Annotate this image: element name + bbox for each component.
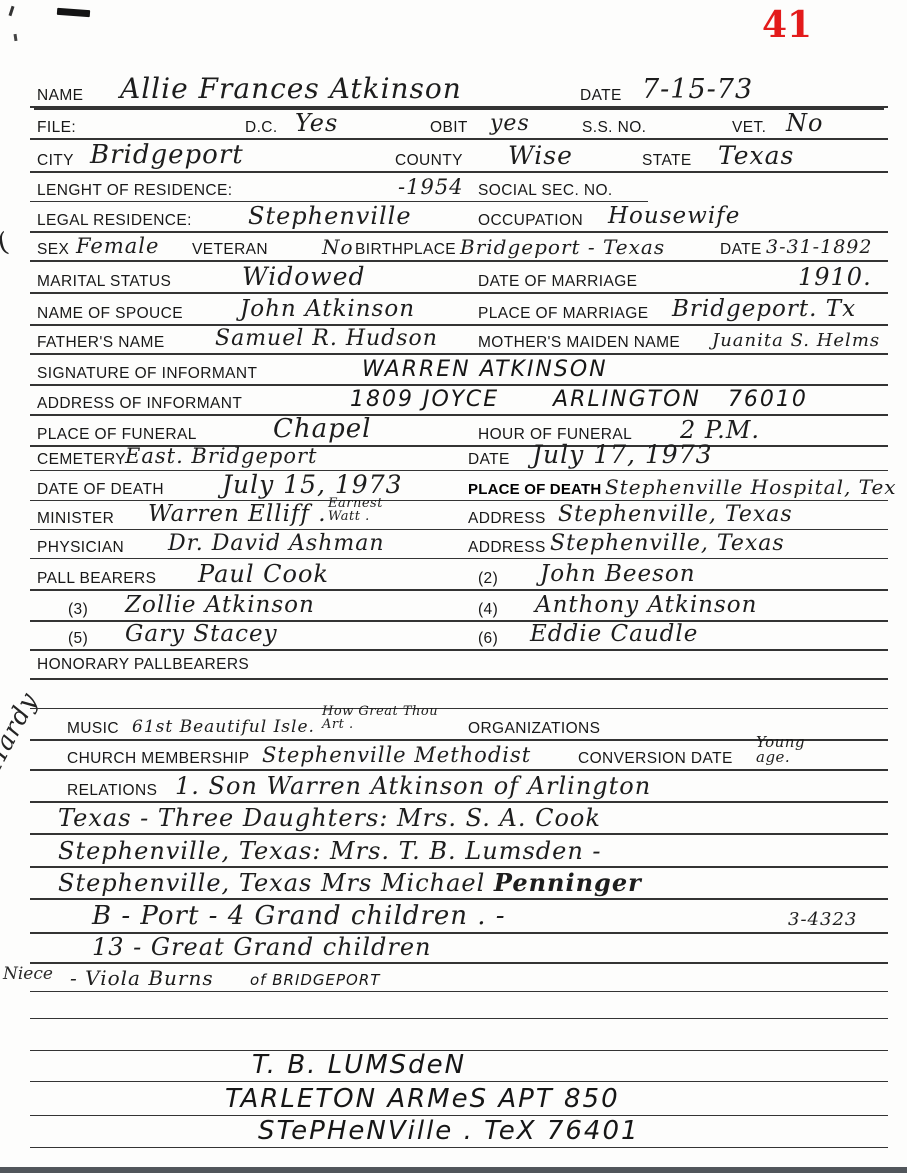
city-label: CITY [37,153,74,169]
date-of-death-value: July 15, 1973 [222,472,403,497]
minister-address-value: Stephenville, Texas [558,504,793,526]
form-row-blank-3 [30,1018,888,1051]
funeral-date-value: July 17, 1973 [532,442,713,467]
form-row-spouse: NAME OF SPOUCE John Atkinson PLACE OF MA… [30,292,888,326]
form-row-relations-5: B - Port - 4 Grand children . - 3-4323 [30,898,888,934]
form-row-church: CHURCH MEMBERSHIP Stephenville Methodist… [30,739,888,771]
form-row-honorary: HONORARY PALLBEARERS [30,649,888,680]
birthplace-value: Bridgeport - Texas [460,237,665,257]
conversion-date-label: CONVERSION DATE [578,751,733,767]
scan-mark-tick [9,6,15,16]
physician-label: PHYSICIAN [37,540,124,556]
hour-of-funeral-value: 2 P.M. [680,418,760,442]
form-row-city: CITY Bridgeport COUNTY Wise STATE Texas [30,138,888,173]
pallbearer-5-label: (5) [68,631,88,647]
relations-line-4-bold: Penninger [494,868,642,897]
physician-address-label: ADDRESS [468,540,546,556]
form-row-relations-4: Stephenville, Texas Mrs Michael Penninge… [30,866,888,900]
relations-line-7-cursive: - Viola Burns [70,968,214,988]
footer-street: TARLETON ARMeS APT 850 [225,1086,620,1112]
relations-label: RELATIONS [67,783,157,799]
pallbearer-2-value: John Beeson [540,563,696,586]
mothers-maiden-name-label: MOTHER'S MAIDEN NAME [478,335,680,351]
address-of-informant-label: ADDRESS OF INFORMANT [37,396,242,412]
pallbearer-4-value: Anthony Atkinson [535,594,757,617]
scan-mark-paren: ( [0,227,11,258]
pallbearer-4-label: (4) [478,602,498,618]
form-row-footer-2: TARLETON ARMeS APT 850 [30,1081,888,1116]
legal-residence-value: Stephenville [248,204,412,228]
relations-line-6: 13 - Great Grand children [92,935,431,959]
scan-edge-bar [0,1167,907,1173]
vet-label: VET. [732,120,766,136]
relations-line-1: 1. Son Warren Atkinson of Arlington [175,774,651,798]
state-label: STATE [642,153,692,169]
veteran-label: VETERAN [192,242,268,258]
birthdate-value: 3-31-1892 [766,238,872,257]
mothers-maiden-name-value: Juanita S. Helms [712,332,880,350]
pallbearer-2-label: (2) [478,571,498,587]
date-of-marriage-label: DATE OF MARRIAGE [478,274,637,290]
form-row-pallbearers-56: (5) Gary Stacey (6) Eddie Caudle [30,620,888,651]
birthdate-label: DATE [720,242,762,258]
cemetery-value: East. Bridgeport [125,446,317,467]
conversion-date-value: Young age. [756,735,805,765]
relations-line-7-print: of BRIDGEPORT [250,973,380,988]
place-of-funeral-label: PLACE OF FUNERAL [37,427,197,443]
county-label: COUNTY [395,153,463,169]
relations-line-2: Texas - Three Daughters: Mrs. S. A. Cook [58,806,601,830]
date-label: DATE [580,88,622,104]
length-of-residence-value: -1954 [398,177,464,198]
place-of-death-value: Stephenville Hospital, Tex [605,477,897,497]
vet-value: No [786,111,823,135]
pallbearer-1-value: Paul Cook [198,562,329,586]
form-row-pallbearers-12: PALL BEARERS Paul Cook (2) John Beeson [30,558,888,591]
signature-of-informant-value: WARREN ATKINSON [362,359,608,381]
fathers-name-label: FATHER'S NAME [37,335,165,351]
music-extra-value: How Great Thou Art . [322,705,438,731]
form-row-footer-1: T. B. LUMSdeN [30,1050,888,1082]
name-label: NAME [37,88,83,104]
form-row-name: NAME Allie Frances Atkinson DATE 7-15-73 [30,72,888,108]
pall-bearers-label: PALL BEARERS [37,571,156,587]
marital-status-value: Widowed [242,264,366,289]
form-row-marital: MARITAL STATUS Widowed DATE OF MARRIAGE … [30,260,888,294]
spouse-label: NAME OF SPOUCE [37,306,183,322]
minister-extra-value: Earnest Watt . [328,497,383,523]
organizations-label: ORGANIZATIONS [468,721,600,737]
birthplace-label: BIRTHPLACE [355,242,456,258]
date-value: 7-15-73 [642,76,753,103]
minister-address-label: ADDRESS [468,511,546,527]
minister-value: Warren Elliff . [148,503,327,526]
funeral-date-label: DATE [468,452,510,468]
form-row-parents: FATHER'S NAME Samuel R. Hudson MOTHER'S … [30,324,888,355]
relations-line-3: Stephenville, Texas: Mrs. T. B. Lumsden … [58,839,602,863]
pallbearer-6-value: Eddie Caudle [530,623,698,646]
form-row-funeral-place: PLACE OF FUNERAL Chapel HOUR OF FUNERAL … [30,414,888,447]
scan-mark-tick [14,34,18,41]
form-row-residence-length: LENGHT OF RESIDENCE: -1954 SOCIAL SEC. N… [30,171,648,202]
music-label: MUSIC [67,721,119,737]
state-value: Texas [718,143,794,168]
minister-label: MINISTER [37,511,114,527]
music-value: 61st Beautiful Isle. [132,719,315,736]
form-row-death: DATE OF DEATH July 15, 1973 PLACE OF DEA… [30,470,888,501]
relations-line-4-main: Stephenville, Texas Mrs Michael [58,869,485,897]
date-of-death-label: DATE OF DEATH [37,482,164,498]
form-row-relations-3: Stephenville, Texas: Mrs. T. B. Lumsden … [30,833,888,868]
pallbearer-6-label: (6) [478,631,498,647]
scanned-form-page: 41 ( Hardy Niece NAME Allie Frances Atki… [0,0,907,1173]
obit-value: yes [490,113,530,135]
marital-status-label: MARITAL STATUS [37,274,171,290]
relations-line-5-number: 3-4323 [788,911,857,929]
page-number: 41 [762,4,812,46]
city-value: Bridgeport [90,142,244,168]
church-membership-label: CHURCH MEMBERSHIP [67,751,249,767]
ssno-label: S.S. NO. [582,120,646,136]
form-row-sex-birth: SEX Female VETERAN No BIRTHPLACE Bridgep… [30,231,888,262]
legal-residence-label: LEGAL RESIDENCE: [37,213,192,229]
form-row-relations-7: - Viola Burns of BRIDGEPORT [30,962,888,992]
footer-name: T. B. LUMSdeN [252,1052,466,1078]
address-of-informant-value: 1809 JOYCE ARLINGTON 76010 [350,389,808,411]
cemetery-label: CEMETERY [37,452,126,468]
county-value: Wise [508,143,573,168]
place-of-marriage-value: Bridgeport. Tx [672,298,856,321]
form-row-file: FILE: D.C. Yes OBIT yes S.S. NO. VET. No [30,106,888,140]
form-row-informant-signature: SIGNATURE OF INFORMANT WARREN ATKINSON [30,353,888,386]
occupation-label: OCCUPATION [478,213,583,229]
signature-of-informant-label: SIGNATURE OF INFORMANT [37,366,257,382]
place-of-death-label: PLACE OF DEATH [468,482,601,497]
form-row-legal-residence: LEGAL RESIDENCE: Stephenville OCCUPATION… [30,201,888,233]
spouse-value: John Atkinson [240,298,415,321]
form-row-relations-1: RELATIONS 1. Son Warren Atkinson of Arli… [30,769,888,803]
form-row-minister: MINISTER Warren Elliff . Earnest Watt . … [30,500,888,530]
form-row-informant-address: ADDRESS OF INFORMANT 1809 JOYCE ARLINGTO… [30,384,888,416]
form-row-footer-3: STePHeNVille . TeX 76401 [30,1115,888,1148]
form-row-blank-1 [30,678,888,709]
pallbearer-3-label: (3) [68,602,88,618]
veteran-value: No [322,237,354,257]
footer-city: STePHeNVille . TeX 76401 [258,1118,640,1144]
obit-label: OBIT [430,120,468,136]
dc-value: Yes [295,111,338,135]
length-of-residence-label: LENGHT OF RESIDENCE: [37,183,232,199]
honorary-pallbearers-label: HONORARY PALLBEARERS [37,657,249,673]
occupation-value: Housewife [608,205,740,228]
church-membership-value: Stephenville Methodist [262,745,531,766]
place-of-marriage-label: PLACE OF MARRIAGE [478,306,648,322]
sex-label: SEX [37,242,69,258]
pallbearer-5-value: Gary Stacey [125,623,278,646]
scan-mark-dash [57,8,90,17]
form-row-cemetery: CEMETERY East. Bridgeport DATE July 17, … [30,445,888,471]
place-of-funeral-value: Chapel [273,416,372,442]
form-row-physician: PHYSICIAN Dr. David Ashman ADDRESS Steph… [30,529,888,559]
physician-value: Dr. David Ashman [168,533,385,555]
date-of-marriage-value: 1910. [798,265,872,289]
relations-line-5: B - Port - 4 Grand children . - [92,903,506,929]
form-row-relations-2: Texas - Three Daughters: Mrs. S. A. Cook [30,801,888,835]
form-row-pallbearers-34: (3) Zollie Atkinson (4) Anthony Atkinson [30,589,888,622]
physician-address-value: Stephenville, Texas [550,533,785,555]
name-value: Allie Frances Atkinson [120,75,462,103]
conversion-line2: age. [756,750,805,765]
pallbearer-3-value: Zollie Atkinson [125,594,315,617]
social-sec-label: SOCIAL SEC. NO. [478,183,613,199]
minister-extra-line2: Watt . [328,510,383,523]
music-extra-line2: Art . [322,718,438,731]
file-label: FILE: [37,120,76,136]
form-row-blank-2 [30,991,888,1019]
relations-line-4: Stephenville, Texas Mrs Michael Penninge… [58,871,642,895]
sex-value: Female [76,236,159,257]
dc-label: D.C. [245,120,278,136]
form-row-relations-6: 13 - Great Grand children [30,932,888,964]
fathers-name-value: Samuel R. Hudson [215,328,438,350]
